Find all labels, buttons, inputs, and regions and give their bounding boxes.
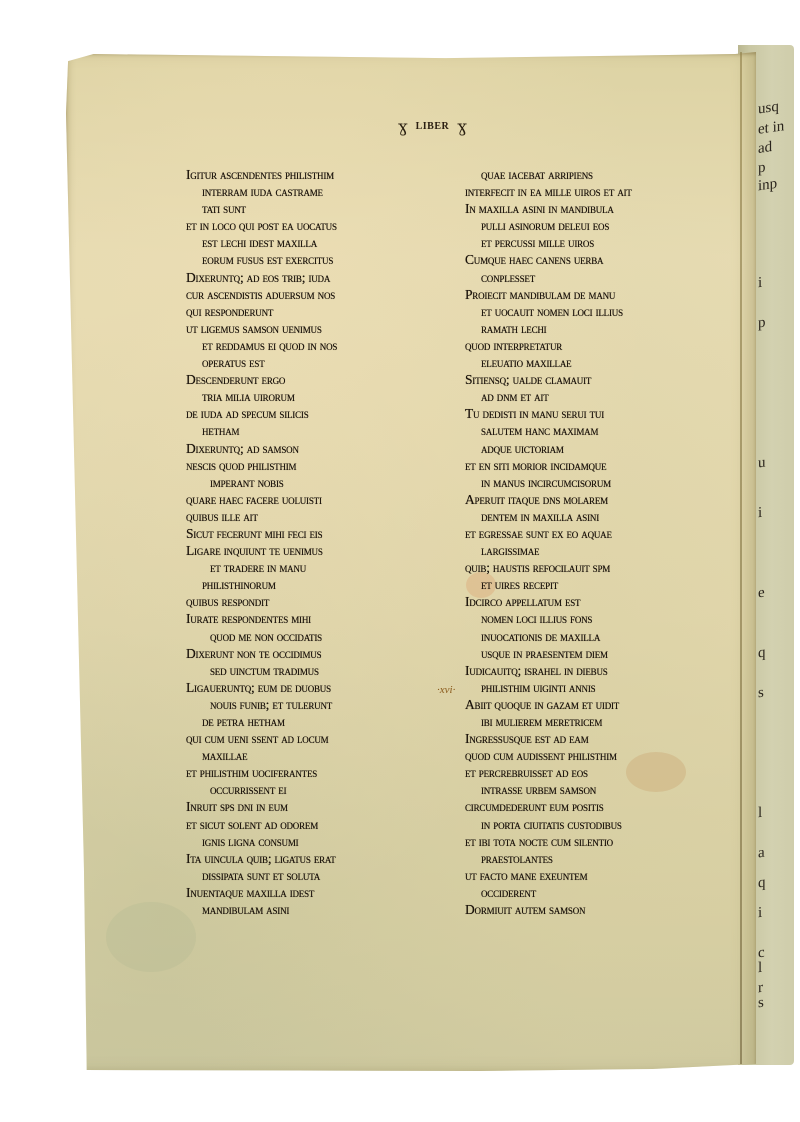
text-line: Ligare inquiunt te uenimus (186, 542, 337, 559)
text-line: Iurate respondentes mihi (186, 610, 337, 627)
left-text-column: Igitur ascendentes philisthiminterram iu… (186, 166, 337, 918)
adjacent-page-fragment: i (758, 275, 762, 293)
text-line: Dixerunt non te occidimus (186, 645, 337, 662)
text-line: quod me non occidatis (186, 628, 337, 645)
text-line: Dixeruntq; ad eos trib; iuda (186, 269, 337, 286)
text-line: In maxilla asini in mandibula (465, 200, 632, 217)
text-line: cur ascendistis aduersum nos (186, 286, 337, 303)
text-line: eorum fusus est exercitus (186, 251, 337, 268)
text-line: Ingressusque est ad eam (465, 730, 632, 747)
text-line: et tradere in manu (186, 559, 337, 576)
text-line: eleuatio maxillae (465, 354, 632, 371)
page-gutter (740, 52, 742, 1064)
parchment-stain (106, 902, 196, 972)
text-line: quare haec facere uoluisti (186, 491, 337, 508)
text-line: intrasse urbem samson (465, 781, 632, 798)
text-line: Igitur ascendentes philisthim (186, 166, 337, 183)
text-line: et uires recepit (465, 576, 632, 593)
adjacent-page-fragment: q (758, 644, 766, 662)
text-line: usque in praesentem diem (465, 645, 632, 662)
text-line: adque uictoriam (465, 440, 632, 457)
parchment-stain (626, 752, 686, 792)
text-line: Aperuit itaque dns molarem (465, 491, 632, 508)
text-line: maxillae (186, 747, 337, 764)
text-line: dissipata sunt et soluta (186, 867, 337, 884)
adjacent-page-fragment: u (758, 454, 766, 472)
text-line: occurrissent ei (186, 781, 337, 798)
text-line: sed uinctum tradimus (186, 662, 337, 679)
text-line: et ibi tota nocte cum silentio (465, 833, 632, 850)
manuscript-page (66, 52, 756, 1072)
text-line: qui cum ueni ssent ad locum (186, 730, 337, 747)
text-line: Ligaueruntq; eum de duobus (186, 679, 337, 696)
text-line: interfecit in ea mille uiros et ait (465, 183, 632, 200)
text-line: Idcirco appellatum est (465, 593, 632, 610)
text-line: ibi mulierem meretricem (465, 713, 632, 730)
text-line: nescis quod philisthim (186, 457, 337, 474)
text-line: ignis ligna consumi (186, 833, 337, 850)
text-line: Dormiuit autem samson (465, 901, 632, 918)
right-text-column: quae iacebat arripiensinterfecit in ea m… (465, 166, 632, 918)
text-line: Sitiensq; ualde clamauit (465, 371, 632, 388)
text-line: in porta ciuitatis custodibus (465, 816, 632, 833)
adjacent-page-fragment: l (758, 805, 762, 823)
text-line: Iudicauitq; israhel in diebus (465, 662, 632, 679)
text-line: salutem hanc maximam (465, 422, 632, 439)
text-line: et in loco qui post ea uocatus (186, 217, 337, 234)
adjacent-page-fragment: i (758, 905, 762, 923)
adjacent-page-fragment: et in (758, 118, 784, 139)
text-line: Inuentaque maxilla idest (186, 884, 337, 901)
text-line: Descenderunt ergo (186, 371, 337, 388)
text-line: Dixeruntq; ad samson (186, 440, 337, 457)
text-line: mandibulam asini (186, 901, 337, 918)
heart-ornament-icon: ɣ (398, 117, 408, 136)
text-line: quod interpretatur (465, 337, 632, 354)
text-line: Sicut fecerunt mihi feci eis (186, 525, 337, 542)
text-line: in manus incircumcisorum (465, 474, 632, 491)
text-line: ad dnm et ait (465, 388, 632, 405)
adjacent-page-fragment: usq (758, 99, 779, 119)
text-line: de petra hetham (186, 713, 337, 730)
text-line: et percrebruisset ad eos (465, 764, 632, 781)
adjacent-page-fragment: p (758, 159, 766, 177)
text-line: Inruit sps dni in eum (186, 798, 337, 815)
heart-ornament-icon: ɣ (457, 117, 467, 136)
adjacent-page-fragment: q (758, 874, 766, 892)
text-line: philisthim uiginti annis (465, 679, 632, 696)
text-line: tati sunt (186, 200, 337, 217)
text-line: inuocationis de maxilla (465, 628, 632, 645)
text-line: ut ligemus samson uenimus (186, 320, 337, 337)
adjacent-page-fragment: s (758, 995, 764, 1013)
text-line: quib; haustis refocilauit spm (465, 559, 632, 576)
text-line: imperant nobis (186, 474, 337, 491)
adjacent-page-fragment: i (758, 505, 762, 523)
text-line: nouis funib; et tulerunt (186, 696, 337, 713)
text-line: pulli asinorum deleui eos (465, 217, 632, 234)
text-line: circumdederunt eum positis (465, 798, 632, 815)
text-line: quae iacebat arripiens (465, 166, 632, 183)
text-line: ramath lechi (465, 320, 632, 337)
text-line: Ita uincula quib; ligatus erat (186, 850, 337, 867)
adjacent-page-fragment: a (758, 845, 765, 863)
text-line: hetham (186, 422, 337, 439)
marginal-chapter-rubric: ·xvi· (437, 684, 455, 696)
text-line: quod cum audissent philisthim (465, 747, 632, 764)
adjacent-page-fragment: ad (758, 139, 772, 158)
text-line: et philisthim uociferantes (186, 764, 337, 781)
text-line: est lechi idest maxilla (186, 234, 337, 251)
text-line: et sicut solent ad odorem (186, 816, 337, 833)
text-line: tria milia uirorum (186, 388, 337, 405)
text-line: et uocauit nomen loci illius (465, 303, 632, 320)
adjacent-page-fragment: p (758, 314, 766, 332)
text-line: Proiecit mandibulam de manu (465, 286, 632, 303)
adjacent-page-fragment: s (758, 685, 764, 703)
text-line: et reddamus ei quod in nos (186, 337, 337, 354)
text-line: conplesset (465, 269, 632, 286)
text-line: nomen loci illius fons (465, 610, 632, 627)
text-line: largissimae (465, 542, 632, 559)
adjacent-page-fragment: inp (758, 176, 777, 196)
text-line: Cumque haec canens uerba (465, 251, 632, 268)
text-line: de iuda ad specum silicis (186, 405, 337, 422)
text-line: Tu dedisti in manu serui tui (465, 405, 632, 422)
text-line: Abiit quoque in gazam et uidit (465, 696, 632, 713)
text-line: dentem in maxilla asini (465, 508, 632, 525)
running-head-label: LIBER (416, 121, 450, 132)
text-line: occiderent (465, 884, 632, 901)
text-line: et percussi mille uiros (465, 234, 632, 251)
text-line: quibus respondit (186, 593, 337, 610)
text-line: operatus est (186, 354, 337, 371)
adjacent-page-fragment: l (758, 960, 762, 978)
text-line: qui responderunt (186, 303, 337, 320)
text-line: et egressae sunt ex eo aquae (465, 525, 632, 542)
text-line: praestolantes (465, 850, 632, 867)
text-line: interram iuda castrame (186, 183, 337, 200)
running-head: ɣ LIBER ɣ (398, 116, 467, 136)
text-line: et en siti morior incidamque (465, 457, 632, 474)
text-line: ut facto mane exeuntem (465, 867, 632, 884)
text-line: quibus ille ait (186, 508, 337, 525)
text-line: philisthinorum (186, 576, 337, 593)
adjacent-page-fragment: e (758, 585, 765, 603)
